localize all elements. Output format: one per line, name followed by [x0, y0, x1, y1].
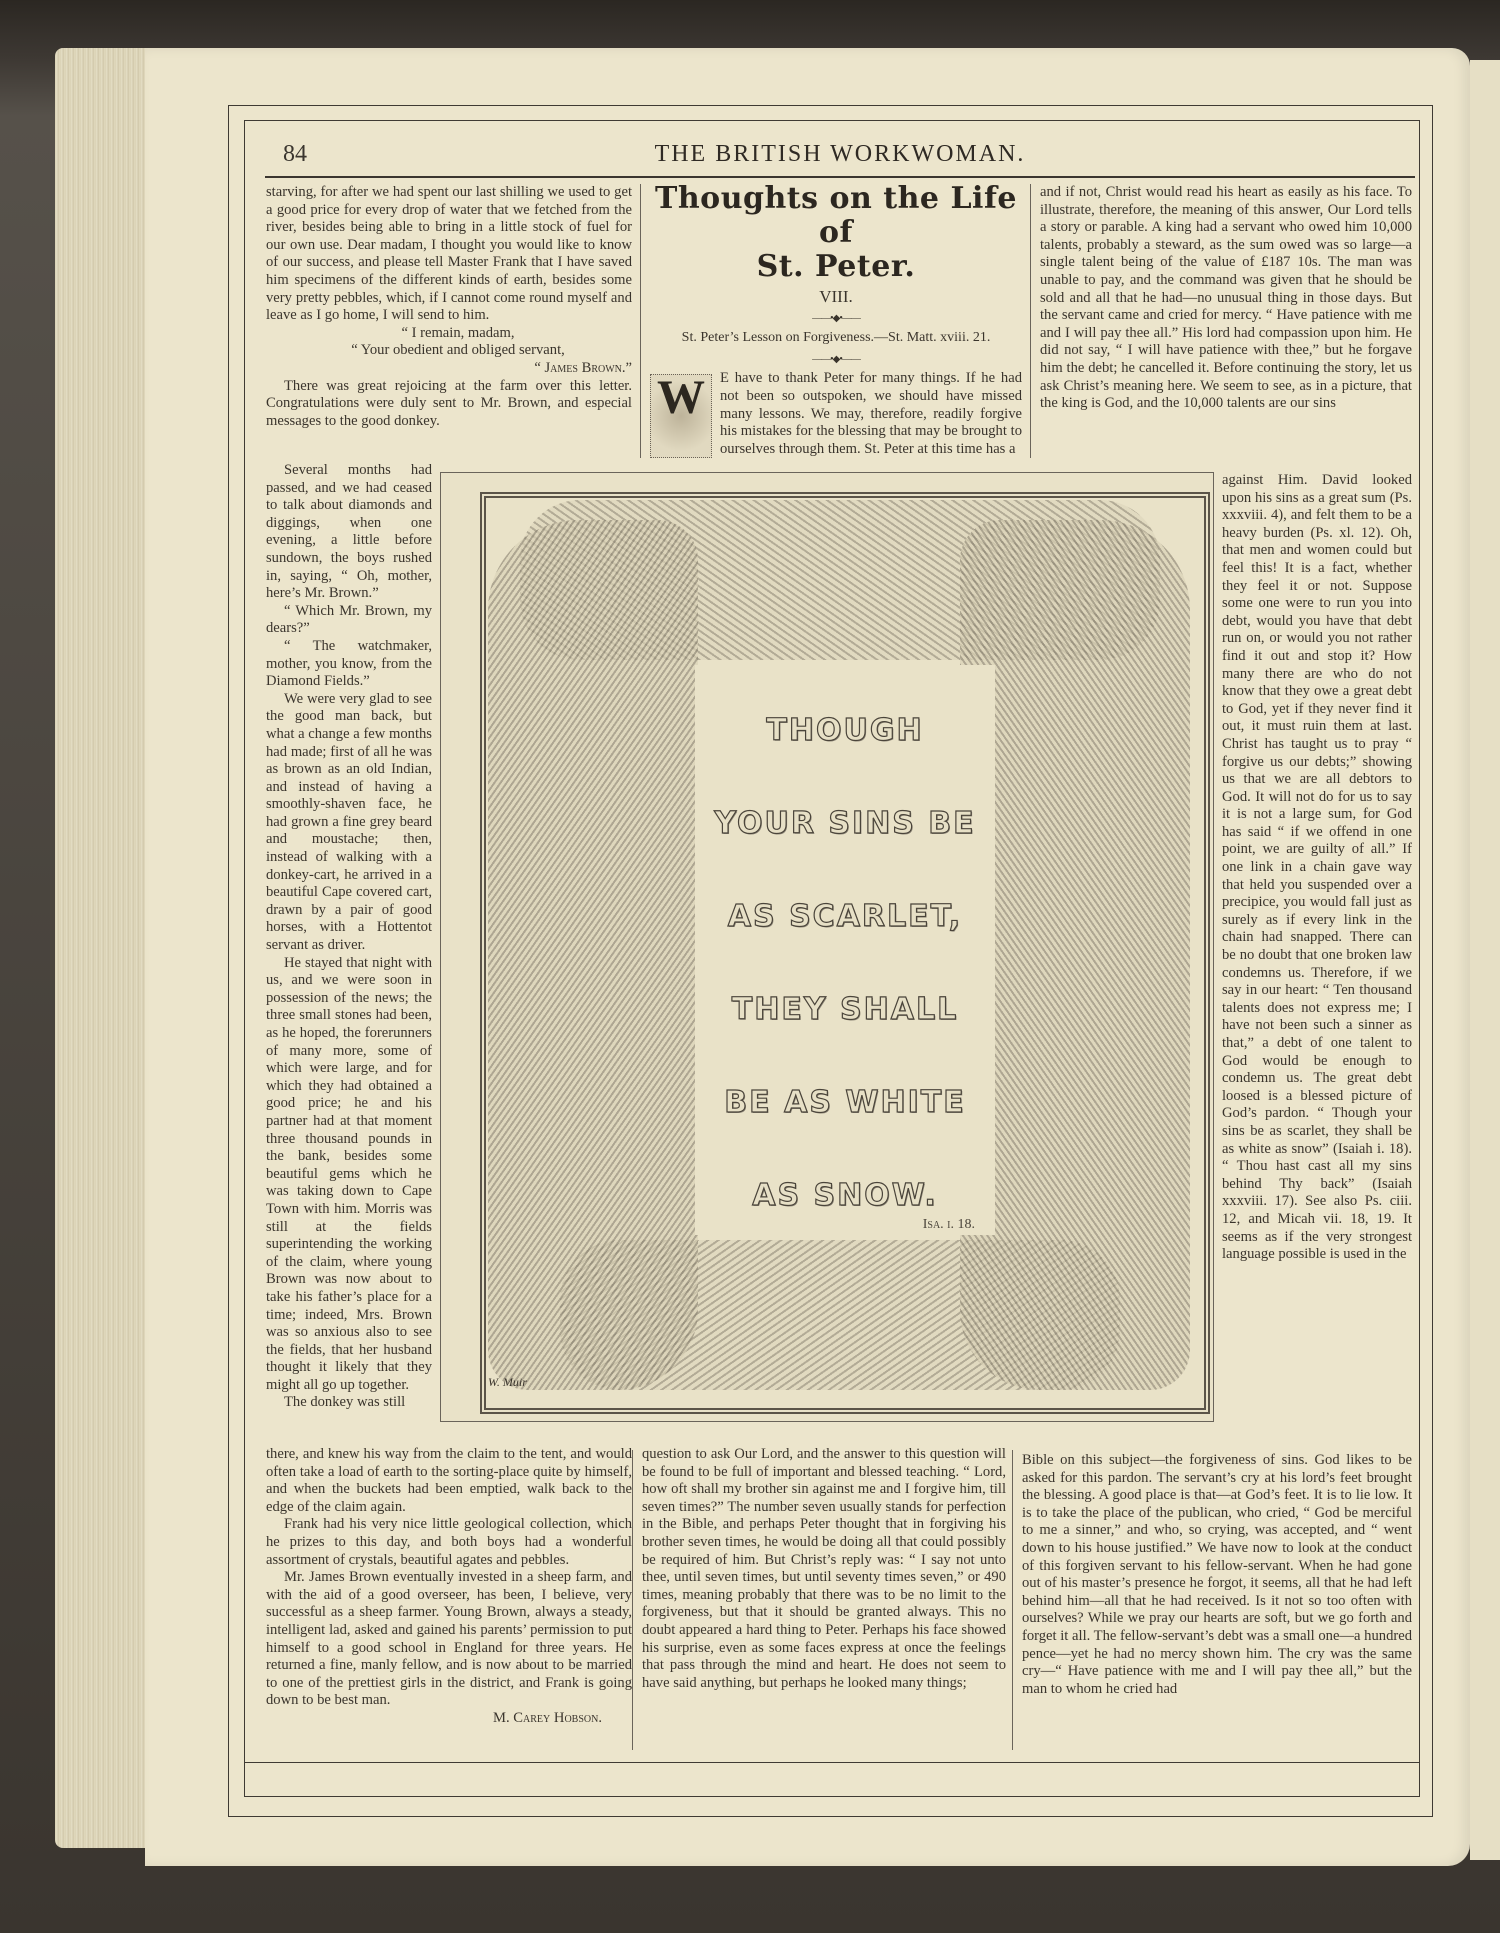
page-edges: [55, 48, 150, 1848]
column-divider: [640, 184, 641, 458]
footer-rule: [244, 1762, 1420, 1763]
article-right-bottom: Bible on this subject—the forgiveness of…: [1022, 1452, 1412, 1698]
letter-signature: “ James Brown.”: [266, 360, 632, 378]
story-paragraph: There was great rejoicing at the farm ov…: [266, 378, 632, 431]
article-title-line1: Thoughts on the Life of: [650, 182, 1022, 250]
column-divider: [632, 1450, 633, 1750]
story-column-top: starving, for after we had spent our las…: [266, 184, 632, 430]
article-paragraph: Bible on this subject—the forgiveness of…: [1022, 1452, 1412, 1698]
story-column-narrow: Several months had passed, and we had ce…: [266, 462, 432, 1412]
story-paragraph: starving, for after we had spent our las…: [266, 184, 632, 325]
running-header: 84 THE BRITISH WORKWOMAN.: [265, 135, 1415, 175]
article-paragraph: against Him. David looked upon his sins …: [1222, 472, 1412, 1264]
scripture-motto: THOUGH YOUR SINS BE AS SCARLET, THEY SHA…: [695, 665, 995, 1235]
motto-line: BE AS WHITE: [695, 1085, 995, 1120]
story-paragraph: The donkey was still: [266, 1394, 432, 1412]
motto-line: THOUGH: [695, 713, 995, 748]
column-divider: [1012, 1450, 1013, 1750]
story-paragraph: We were very glad to see the good man ba…: [266, 691, 432, 955]
article-right-top: and if not, Christ would read his heart …: [1040, 184, 1412, 413]
artist-signature: W. Muir: [488, 1375, 527, 1390]
story-paragraph: there, and knew his way from the claim t…: [266, 1446, 632, 1516]
header-rule: [265, 176, 1415, 178]
story-paragraph: Mr. James Brown eventually invested in a…: [266, 1569, 632, 1710]
magazine-title: THE BRITISH WORKWOMAN.: [265, 141, 1415, 168]
story-paragraph: He stayed that night with us, and we wer…: [266, 955, 432, 1395]
ornament-divider: ——•◆•——: [650, 310, 1022, 328]
article-subtitle: St. Peter’s Lesson on Forgiveness.—St. M…: [650, 329, 1022, 347]
drop-cap-letter: W: [651, 389, 711, 407]
facing-page-edge: [1470, 60, 1500, 1860]
article-header: Thoughts on the Life of St. Peter. VIII.…: [650, 182, 1022, 458]
letter-closing-2: “ Your obedient and obliged servant,: [266, 342, 632, 360]
ornament-divider: ——•◆•——: [650, 351, 1022, 369]
motto-line: AS SCARLET,: [695, 899, 995, 934]
motto-line: THEY SHALL: [695, 992, 995, 1027]
story-paragraph: Frank had his very nice little geologica…: [266, 1516, 632, 1569]
letter-closing-1: “ I remain, madam,: [266, 325, 632, 343]
article-title-line2: St. Peter.: [650, 250, 1022, 284]
column-divider: [1030, 184, 1031, 458]
article-number: VIII.: [650, 288, 1022, 306]
article-right-narrow: against Him. David looked upon his sins …: [1222, 472, 1412, 1264]
author-signature: M. Carey Hobson.: [266, 1710, 632, 1728]
story-column-bottom: there, and knew his way from the claim t…: [266, 1446, 632, 1728]
article-middle-bottom: question to ask Our Lord, and the answer…: [642, 1446, 1006, 1692]
decorated-drop-cap: W: [650, 374, 712, 458]
story-paragraph: “ The watchmaker, mother, you know, from…: [266, 638, 432, 691]
motto-line: AS SNOW.: [695, 1178, 995, 1213]
article-paragraph: question to ask Our Lord, and the answer…: [642, 1446, 1006, 1692]
story-paragraph: Several months had passed, and we had ce…: [266, 462, 432, 603]
article-paragraph: and if not, Christ would read his heart …: [1040, 184, 1412, 413]
scripture-reference: Isa. i. 18.: [923, 1217, 975, 1233]
story-paragraph: “ Which Mr. Brown, my dears?”: [266, 603, 432, 638]
motto-line: YOUR SINS BE: [695, 806, 995, 841]
